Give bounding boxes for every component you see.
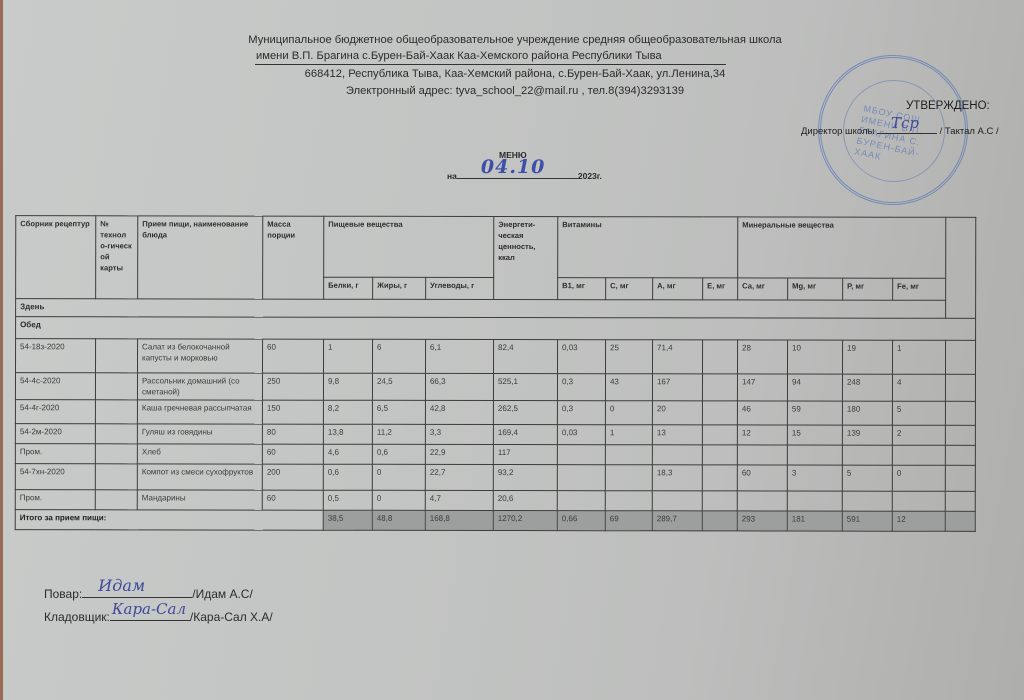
cell-tech xyxy=(95,444,137,464)
table-row: Пром.Мандарины600,504,720,6 xyxy=(15,490,975,512)
cell-tech xyxy=(95,464,137,490)
section-day-row: Здень xyxy=(16,299,976,319)
paper-edge xyxy=(0,0,3,700)
cell-a xyxy=(652,445,702,465)
col-ca: Са, мг xyxy=(738,278,788,300)
cell-carbs: 66,3 xyxy=(425,373,493,400)
total-label: Итого за прием пищи: xyxy=(15,510,323,531)
cell-b1: 0,03 xyxy=(557,425,605,445)
cell-b1 xyxy=(557,445,605,465)
cell-e xyxy=(702,445,737,465)
cell-dish: Каша гречневая рассыпчатая xyxy=(137,400,262,424)
cell-e xyxy=(702,425,737,445)
cell-mg: 3 xyxy=(787,465,842,491)
cell-fe: 5 xyxy=(892,401,945,425)
org-contact: Электронный адрес: tyva_school_22@mail.r… xyxy=(230,83,800,99)
org-name-line1: Муниципальное бюджетное общеобразователь… xyxy=(230,32,800,48)
col-mg: Mg, мг xyxy=(788,278,843,300)
cell-energy: 169,4 xyxy=(493,424,557,444)
director-name: / Тактал А.С / xyxy=(940,126,999,137)
cell-energy: 82,4 xyxy=(494,339,558,373)
cell-mass: 150 xyxy=(262,400,323,424)
table-row: 54-4г-2020Каша гречневая рассыпчатая1508… xyxy=(15,400,975,426)
cell-collection: 54-7хн-2020 xyxy=(15,464,95,490)
table-row: Пром.Хлеб604,60,622,9117 xyxy=(15,444,975,466)
cell-p: 5 xyxy=(842,465,892,491)
table-row: 54-4с-2020Рассольник домашний (со сметан… xyxy=(15,373,975,402)
cell-extra xyxy=(945,374,975,401)
cell-tech xyxy=(95,424,137,444)
cell-c: 0 xyxy=(605,401,652,425)
col-dish: Прием пищи, наименование блюда xyxy=(138,216,263,299)
storekeeper-name: /Кара-Сал Х.А/ xyxy=(190,610,273,624)
cell-fe xyxy=(892,445,945,465)
table-row: 54-2м-2020Гуляш из говядины8013,811,23,3… xyxy=(15,424,975,446)
cell-fat: 0,6 xyxy=(372,444,425,464)
total-energy: 1270,2 xyxy=(493,510,557,530)
cell-e xyxy=(702,401,737,425)
cook-signature-line: Идам xyxy=(82,584,192,598)
cell-mass: 60 xyxy=(262,490,323,510)
cell-protein: 0,6 xyxy=(323,464,372,490)
table-row: 54-7хн-2020Компот из смеси сухофруктов20… xyxy=(15,464,975,492)
cell-dish: Салат из белокочанной капусты и морковью xyxy=(138,339,263,373)
cell-ca xyxy=(737,491,787,511)
total-ca: 293 xyxy=(737,511,787,531)
cell-carbs: 22,7 xyxy=(425,464,493,490)
document-header: Муниципальное бюджетное общеобразователь… xyxy=(230,25,800,105)
cell-c xyxy=(605,465,652,491)
cell-e xyxy=(702,340,737,374)
table-row: 54-18з-2020Салат из белокочанной капусты… xyxy=(16,339,976,375)
total-c: 69 xyxy=(605,511,652,531)
cell-extra xyxy=(945,465,975,491)
approved-label: УТВЕРЖДЕНО: xyxy=(906,100,990,112)
total-protein: 38,5 xyxy=(323,510,372,530)
cell-p: 19 xyxy=(842,340,892,374)
cell-p: 180 xyxy=(842,401,892,425)
cell-fat: 0 xyxy=(372,490,425,510)
cell-dish: Мандарины xyxy=(137,490,262,510)
col-tech-card: № технол о-гическ ой карты xyxy=(96,216,138,299)
storekeeper-label: Кладовщик: xyxy=(44,610,110,624)
cell-ca: 60 xyxy=(737,465,787,491)
cell-a: 13 xyxy=(652,425,702,445)
cell-mass: 200 xyxy=(262,464,323,490)
cell-collection: 54-18з-2020 xyxy=(16,339,96,373)
total-b1: 0,66 xyxy=(557,511,605,531)
cell-e xyxy=(702,491,737,511)
header-row-1: Сборник рецептур № технол о-гическ ой ка… xyxy=(16,216,976,279)
org-name-line2: имени В.П. Брагина с.Бурен-Бай-Хаак Каа-… xyxy=(255,48,726,65)
cell-c: 43 xyxy=(605,374,652,401)
storekeeper-signature-block: Кладовщик:Кара-Сал/Кара-Сал Х.А/ xyxy=(44,607,273,624)
cell-mg: 10 xyxy=(787,340,842,374)
cell-p: 139 xyxy=(842,425,892,445)
cell-extra xyxy=(945,340,975,374)
cell-protein: 8,2 xyxy=(323,400,372,424)
cell-tech xyxy=(95,490,137,510)
total-extra xyxy=(945,511,975,531)
cell-c xyxy=(605,491,652,511)
cell-b1: 0,03 xyxy=(557,340,605,374)
cell-fat: 6,5 xyxy=(372,400,425,424)
total-carbs: 168,8 xyxy=(425,510,493,530)
date-handwritten: 04.10 xyxy=(481,156,546,178)
cell-a: 18,3 xyxy=(652,465,702,491)
cell-mg: 59 xyxy=(787,401,842,425)
extra-col-header xyxy=(946,217,976,318)
cell-e xyxy=(702,374,737,401)
cell-energy: 20,6 xyxy=(493,490,557,510)
cell-dish: Гуляш из говядины xyxy=(137,424,262,444)
section-meal-row: Обед xyxy=(16,317,976,341)
cell-extra xyxy=(945,425,975,445)
cell-fe xyxy=(892,491,945,511)
cell-mass: 80 xyxy=(262,424,323,444)
cell-mass: 60 xyxy=(262,444,323,464)
cell-p: 248 xyxy=(842,374,892,401)
cell-energy: 93,2 xyxy=(493,464,557,490)
cell-carbs: 4,7 xyxy=(425,490,493,510)
cell-protein: 4,6 xyxy=(323,444,372,464)
col-c: С, мг xyxy=(606,278,653,300)
total-e xyxy=(702,511,737,531)
cell-c: 1 xyxy=(605,425,652,445)
total-row: Итого за прием пищи: 38,5 48,8 168,8 127… xyxy=(15,510,975,532)
cell-protein: 13,8 xyxy=(323,424,372,444)
cell-fe: 1 xyxy=(892,340,945,374)
col-protein: Белки, г xyxy=(324,277,373,299)
cell-mg: 15 xyxy=(787,425,842,445)
storekeeper-signature: Кара-Сал xyxy=(112,600,186,618)
cell-collection: 54-4с-2020 xyxy=(15,373,95,400)
col-minerals: Минеральные вещества xyxy=(738,217,946,278)
total-a: 289,7 xyxy=(652,511,702,531)
col-collection: Сборник рецептур xyxy=(16,216,96,299)
col-fe: Fe, мг xyxy=(893,278,946,300)
total-mg: 181 xyxy=(787,511,842,531)
col-energy: Энергети-ческая ценность, ккал xyxy=(494,216,558,299)
cell-b1 xyxy=(557,465,605,491)
cell-protein: 9,8 xyxy=(323,373,372,400)
cell-a: 167 xyxy=(652,374,702,401)
cell-e xyxy=(702,465,737,491)
cell-tech xyxy=(96,339,138,373)
menu-table: Сборник рецептур № технол о-гическ ой ка… xyxy=(15,215,977,532)
cell-a xyxy=(652,491,702,511)
cell-a: 20 xyxy=(652,401,702,425)
col-a: А, мг xyxy=(653,278,703,300)
cell-protein: 0,5 xyxy=(323,490,372,510)
cell-fat: 11,2 xyxy=(372,424,425,444)
cell-collection: Пром. xyxy=(15,444,95,464)
cell-fe: 4 xyxy=(892,374,945,401)
cell-b1: 0,3 xyxy=(557,374,605,401)
cell-fe: 0 xyxy=(892,465,945,491)
director-approval: Директор школы Тср / Тактал А.С / xyxy=(801,124,999,137)
cell-energy: 525,1 xyxy=(493,373,557,400)
menu-date: на04.102023г. xyxy=(447,170,602,181)
menu-rows: 54-18з-2020Салат из белокочанной капусты… xyxy=(15,339,975,512)
cell-c xyxy=(605,445,652,465)
cell-carbs: 22,9 xyxy=(425,444,493,464)
col-vitamins: Витамины xyxy=(558,217,738,278)
cell-collection: Пром. xyxy=(15,490,95,510)
cell-fat: 6 xyxy=(373,339,426,373)
col-carbs: Углеводы, г xyxy=(426,277,494,299)
cell-a: 71,4 xyxy=(652,340,702,374)
cell-tech xyxy=(95,400,137,424)
section-meal: Обед xyxy=(16,317,976,341)
cook-name: /Идам А.С/ xyxy=(192,587,253,601)
cell-ca: 147 xyxy=(737,374,787,401)
cell-b1: 0,3 xyxy=(557,401,605,425)
cell-ca: 46 xyxy=(737,401,787,425)
cell-energy: 262,5 xyxy=(493,400,557,424)
cell-collection: 54-4г-2020 xyxy=(15,400,95,424)
cell-tech xyxy=(95,373,137,400)
cell-c: 25 xyxy=(605,340,652,374)
director-signature-line: Тср xyxy=(877,124,937,134)
cell-ca: 12 xyxy=(737,425,787,445)
cell-extra xyxy=(945,491,975,511)
cell-b1 xyxy=(557,491,605,511)
storekeeper-signature-line: Кара-Сал xyxy=(110,607,190,621)
total-fat: 48,8 xyxy=(372,510,425,530)
date-line: 04.10 xyxy=(457,170,564,179)
cell-carbs: 3,3 xyxy=(425,424,493,444)
cell-mg: 94 xyxy=(787,374,842,401)
col-p: Р, мг xyxy=(843,278,893,300)
cell-mg xyxy=(787,445,842,465)
cell-ca: 28 xyxy=(737,340,787,374)
cell-carbs: 6,1 xyxy=(426,339,494,373)
cell-mass: 60 xyxy=(263,339,324,373)
col-b1: В1, мг xyxy=(558,278,606,300)
cell-fe: 2 xyxy=(892,425,945,445)
cell-fat: 0 xyxy=(372,464,425,490)
section-day: Здень xyxy=(16,299,946,319)
year-suffix: 2023г. xyxy=(578,171,602,181)
cell-dish: Компот из смеси сухофруктов xyxy=(137,464,262,490)
cell-collection: 54-2м-2020 xyxy=(15,424,95,444)
cell-ca xyxy=(737,445,787,465)
director-label: Директор школы xyxy=(801,126,874,137)
cell-dish: Рассольник домашний (со сметаной) xyxy=(137,373,262,400)
cell-energy: 117 xyxy=(493,444,557,464)
cell-p xyxy=(842,445,892,465)
org-address: 668412, Республика Тыва, Каа-Хемский рай… xyxy=(230,66,800,82)
cell-mg xyxy=(787,491,842,511)
cell-dish: Хлеб xyxy=(137,444,262,464)
total-fe: 12 xyxy=(892,511,945,531)
cell-protein: 1 xyxy=(324,339,373,373)
col-nutrients: Пищевые вещества xyxy=(324,216,494,277)
cell-extra xyxy=(945,445,975,465)
col-mass: Масса порции xyxy=(263,216,324,299)
total-p: 591 xyxy=(842,511,892,531)
date-prefix: на xyxy=(447,171,457,181)
col-e: Е, мг xyxy=(703,278,738,300)
cell-carbs: 42,8 xyxy=(425,400,493,424)
col-fat: Жиры, г xyxy=(373,277,426,299)
year-line xyxy=(564,170,578,179)
cell-fat: 24,5 xyxy=(372,373,425,400)
cook-label: Повар: xyxy=(44,587,82,601)
cell-mass: 250 xyxy=(262,373,323,400)
cell-p xyxy=(842,491,892,511)
director-signature: Тср xyxy=(891,114,919,132)
cook-signature-block: Повар:Идам/Идам А.С/ xyxy=(44,584,253,601)
cell-extra xyxy=(945,401,975,425)
cook-signature: Идам xyxy=(98,576,145,595)
